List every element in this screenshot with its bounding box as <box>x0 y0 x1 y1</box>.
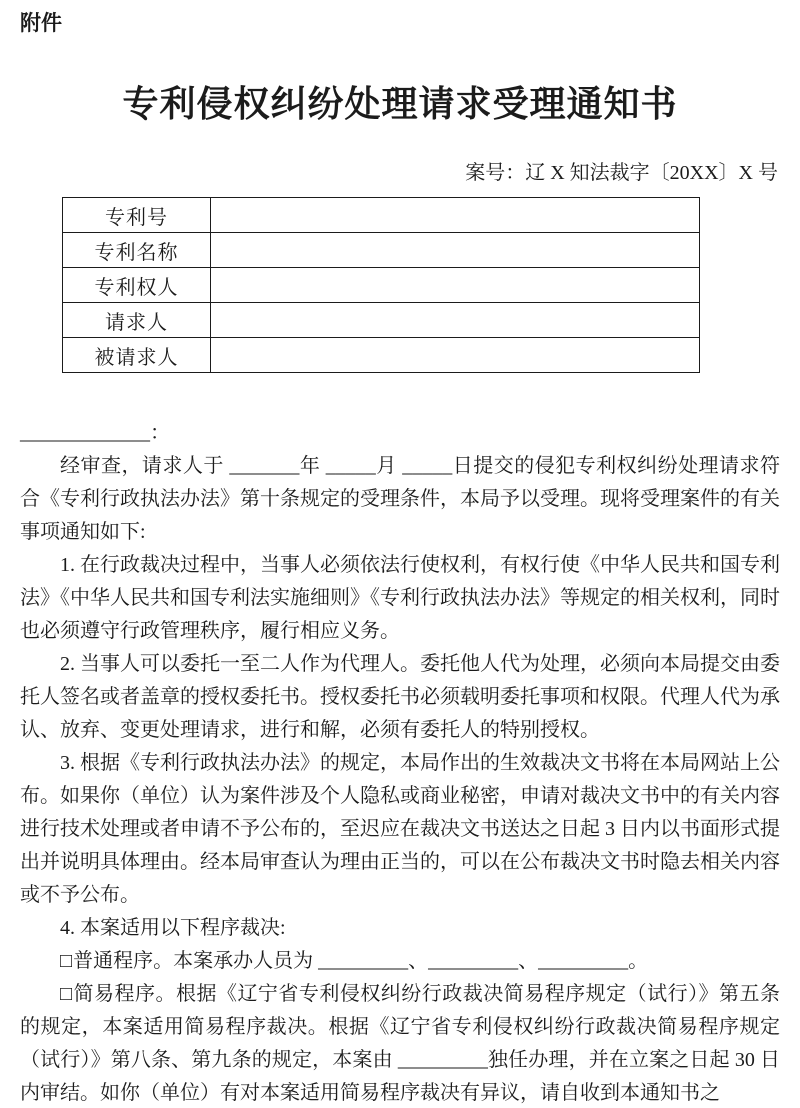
row-value-cell[interactable] <box>211 268 700 303</box>
salutation-colon: ： <box>150 422 170 444</box>
salutation-line: _____________： <box>20 417 780 450</box>
row-label: 专利号 <box>63 198 211 233</box>
procedure-ordinary-text: 普通程序。本案承办人员为 _________、_________、_______… <box>73 950 648 972</box>
attachment-label: 附件 <box>20 12 780 36</box>
row-label: 请求人 <box>63 303 211 338</box>
document-title: 专利侵权纠纷处理请求受理通知书 <box>20 82 780 126</box>
checkbox-ordinary-procedure-icon[interactable]: □ <box>60 950 72 972</box>
case-number: 案号：辽 X 知法裁字〔20XX〕X 号 <box>20 160 780 186</box>
addressee-blank-field[interactable]: _____________ <box>20 422 150 444</box>
table-row-patentee: 专利权人 <box>63 268 700 303</box>
paragraph-item-4-procedure: 4. 本案适用以下程序裁决: <box>20 912 780 945</box>
paragraph-item-1-rights: 1. 在行政裁决过程中，当事人必须依法行使权利，有权行使《中华人民共和国专利法》… <box>20 549 780 648</box>
party-info-table: 专利号 专利名称 专利权人 请求人 被请求人 <box>62 197 700 373</box>
table-row-patent-number: 专利号 <box>63 198 700 233</box>
row-label: 专利权人 <box>63 268 211 303</box>
table-row-requester: 请求人 <box>63 303 700 338</box>
procedure-summary-text: 简易程序。根据《辽宁省专利侵权纠纷行政裁决简易程序规定（试行）》第五条的规定，本… <box>20 983 780 1104</box>
paragraph-item-3-publication: 3. 根据《专利行政执法办法》的规定，本局作出的生效裁决文书将在本局网站上公布。… <box>20 747 780 912</box>
table-row-respondent: 被请求人 <box>63 338 700 373</box>
checkbox-summary-procedure-icon[interactable]: □ <box>60 983 73 1005</box>
row-label: 专利名称 <box>63 233 211 268</box>
procedure-option-ordinary: □普通程序。本案承办人员为 _________、_________、______… <box>20 945 780 978</box>
row-value-cell[interactable] <box>211 338 700 373</box>
row-label: 被请求人 <box>63 338 211 373</box>
notice-document-page: 附件 专利侵权纠纷处理请求受理通知书 案号：辽 X 知法裁字〔20XX〕X 号 … <box>0 0 800 1108</box>
row-value-cell[interactable] <box>211 233 700 268</box>
table-row-patent-name: 专利名称 <box>63 233 700 268</box>
paragraph-item-2-agents: 2. 当事人可以委托一至二人作为代理人。委托他人代为处理，必须向本局提交由委托人… <box>20 648 780 747</box>
paragraph-acceptance: 经审查，请求人于 _______年 _____月 _____日提交的侵犯专利权纠… <box>20 450 780 549</box>
procedure-option-summary: □简易程序。根据《辽宁省专利侵权纠纷行政裁决简易程序规定（试行）》第五条的规定，… <box>20 978 780 1108</box>
notice-body: _____________： 经审查，请求人于 _______年 _____月 … <box>20 417 780 1108</box>
row-value-cell[interactable] <box>211 198 700 233</box>
row-value-cell[interactable] <box>211 303 700 338</box>
